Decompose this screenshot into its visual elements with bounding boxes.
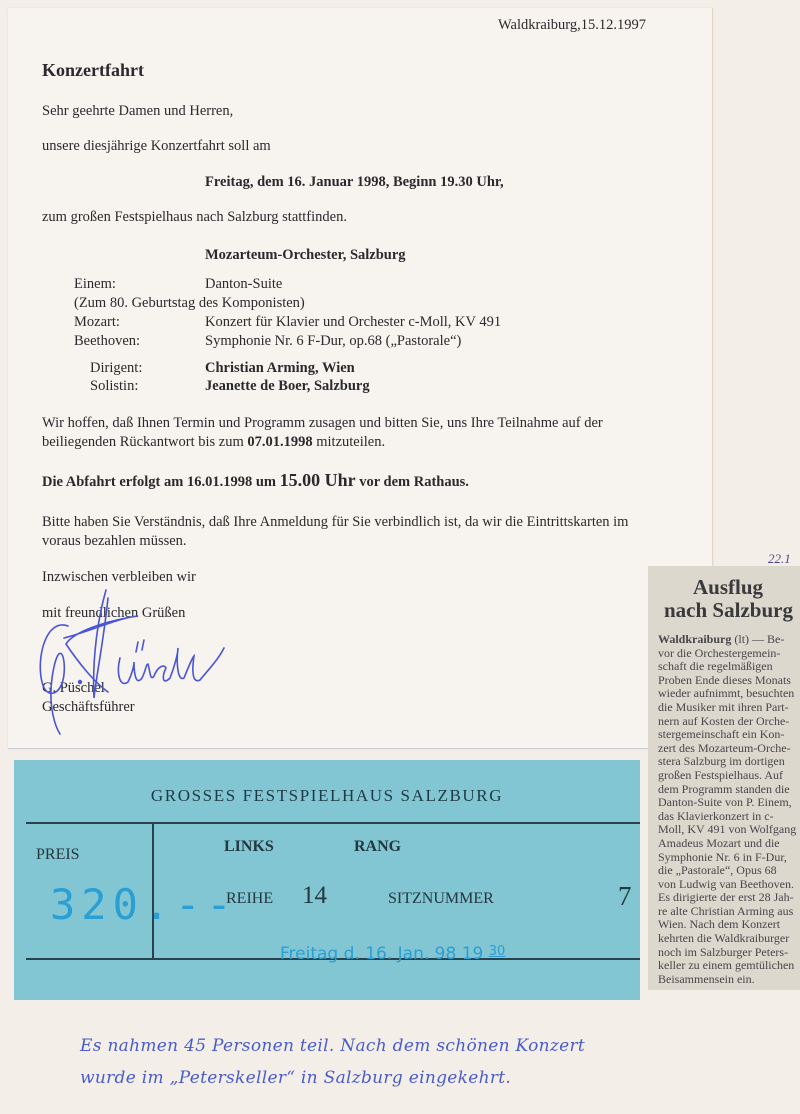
performer-name: Jeanette de Boer, Salzburg	[205, 378, 370, 395]
program-work: Symphonie Nr. 6 F-Dur, op.68 („Pastorale…	[205, 333, 461, 350]
departure-time: 15.00 Uhr	[280, 470, 356, 490]
clipping-body: Waldkraiburg (lt) — Be- vor die Orcheste…	[658, 633, 800, 986]
performer-role: Solistin:	[90, 378, 138, 395]
stamp-minutes: 30	[489, 944, 506, 959]
clipping-line: re alte Christian Arming aus	[658, 905, 800, 919]
letter-sheet: Waldkraiburg,15.12.1997 Konzertfahrt Seh…	[8, 8, 713, 749]
clipping-headline-2: nach Salzburg	[664, 599, 800, 621]
ticket-venue: GROSSES FESTSPIELHAUS SALZBURG	[14, 786, 640, 806]
ticket-section: RANG	[354, 838, 401, 856]
ticket-date-stamp: Freitag d. 16. Jan. 98 19 30	[280, 944, 505, 964]
handwritten-note-line2: wurde im „Peterskeller“ in Salzburg eing…	[80, 1068, 511, 1088]
clipping-line: Waldkraiburg (lt) — Be-	[658, 633, 800, 647]
clipping-margin-date: 22.1	[768, 551, 791, 567]
handwritten-note-line1: Es nahmen 45 Personen teil. Nach dem sch…	[80, 1036, 585, 1056]
seat-label: SITZNUMMER	[388, 890, 494, 908]
performer-role: Dirigent:	[90, 360, 142, 377]
clipping-line: die Musiker mit ihren Part-	[658, 701, 800, 715]
letter-date: Waldkraiburg,15.12.1997	[498, 17, 646, 34]
clipping-line: großen Festspielhaus. Auf	[658, 769, 800, 783]
ticket-divider	[26, 822, 640, 824]
letter-title: Konzertfahrt	[42, 60, 144, 81]
clipping-line: Proben Ende dieses Monats	[658, 674, 800, 688]
clipping-line: Moll, KV 491 von Wolfgang	[658, 823, 800, 837]
clipping-line: dem Programm standen die	[658, 783, 800, 797]
program-note: (Zum 80. Geburtstag des Komponisten)	[74, 295, 305, 312]
clipping-line: zert des Mozarteum-Orche-	[658, 742, 800, 756]
performer-name: Christian Arming, Wien	[205, 360, 355, 377]
concert-ticket: GROSSES FESTSPIELHAUS SALZBURG PREIS 320…	[14, 760, 640, 1000]
clipping-line: wieder aufnimmt, besuchten	[658, 687, 800, 701]
reply-para-line2: beiliegenden Rückantwort bis zum 07.01.1…	[42, 434, 385, 451]
event-datetime: Freitag, dem 16. Januar 1998, Beginn 19.…	[205, 174, 504, 191]
newspaper-clipping: Ausflug nach Salzburg Waldkraiburg (lt) …	[648, 566, 800, 990]
clipping-line: schaft die regelmäßigen	[658, 660, 800, 674]
binding-para-line2: voraus bezahlen müssen.	[42, 533, 187, 550]
clipping-line: Amadeus Mozart und die	[658, 837, 800, 851]
clipping-line: Wien. Nach dem Konzert	[658, 918, 800, 932]
clipping-line: noch im Salzburger Peters-	[658, 946, 800, 960]
row-label: REIHE	[226, 890, 273, 908]
clipping-line: Beisammensein ein.	[658, 973, 800, 987]
price-label: PREIS	[36, 846, 80, 864]
clipping-headline-1: Ausflug	[648, 576, 800, 598]
departure-line: Die Abfahrt erfolgt am 16.01.1998 um 15.…	[42, 470, 469, 491]
signature-icon	[28, 578, 258, 738]
clipping-line: von Ludwig van Beethoven.	[658, 878, 800, 892]
clipping-line: Danton-Suite von P. Einem,	[658, 796, 800, 810]
clipping-line: das Klavierkonzert in c-	[658, 810, 800, 824]
seat-value: 7	[618, 881, 632, 912]
program-work: Konzert für Klavier und Orchester c-Moll…	[205, 314, 501, 331]
program-composer: Beethoven:	[74, 333, 140, 350]
program-composer: Mozart:	[74, 314, 120, 331]
clipping-line: keller zu einem gemtülichen	[658, 959, 800, 973]
ticket-side: LINKS	[224, 838, 274, 856]
clipping-line: Symphonie Nr. 6 in F-Dur,	[658, 851, 800, 865]
clipping-line: vor die Orchestergemein-	[658, 647, 800, 661]
venue-line: zum großen Festspielhaus nach Salzburg s…	[42, 209, 347, 226]
salutation: Sehr geehrte Damen und Herren,	[42, 103, 233, 120]
orchestra-name: Mozarteum-Orchester, Salzburg	[205, 247, 406, 264]
program-composer: Einem:	[74, 276, 116, 293]
binding-para-line1: Bitte haben Sie Verständnis, daß Ihre An…	[42, 514, 628, 531]
clipping-line: die „Pastorale“, Opus 68	[658, 864, 800, 878]
intro-line: unsere diesjährige Konzertfahrt soll am	[42, 138, 271, 155]
row-value: 14	[302, 882, 327, 910]
reply-deadline: 07.01.1998	[247, 434, 312, 450]
clipping-line: nern auf Kosten der Orche-	[658, 715, 800, 729]
price-value: 320.--	[50, 881, 238, 929]
program-work: Danton-Suite	[205, 276, 282, 293]
clipping-line: kehrten die Waldkraiburger	[658, 932, 800, 946]
clipping-line: stergemeinschaft ein Kon-	[658, 728, 800, 742]
reply-para-line1: Wir hoffen, daß Ihnen Termin und Program…	[42, 415, 603, 432]
clipping-line: Es dirigierte der erst 28 Jah-	[658, 891, 800, 905]
clipping-line: stera Salzburg im dortigen	[658, 755, 800, 769]
